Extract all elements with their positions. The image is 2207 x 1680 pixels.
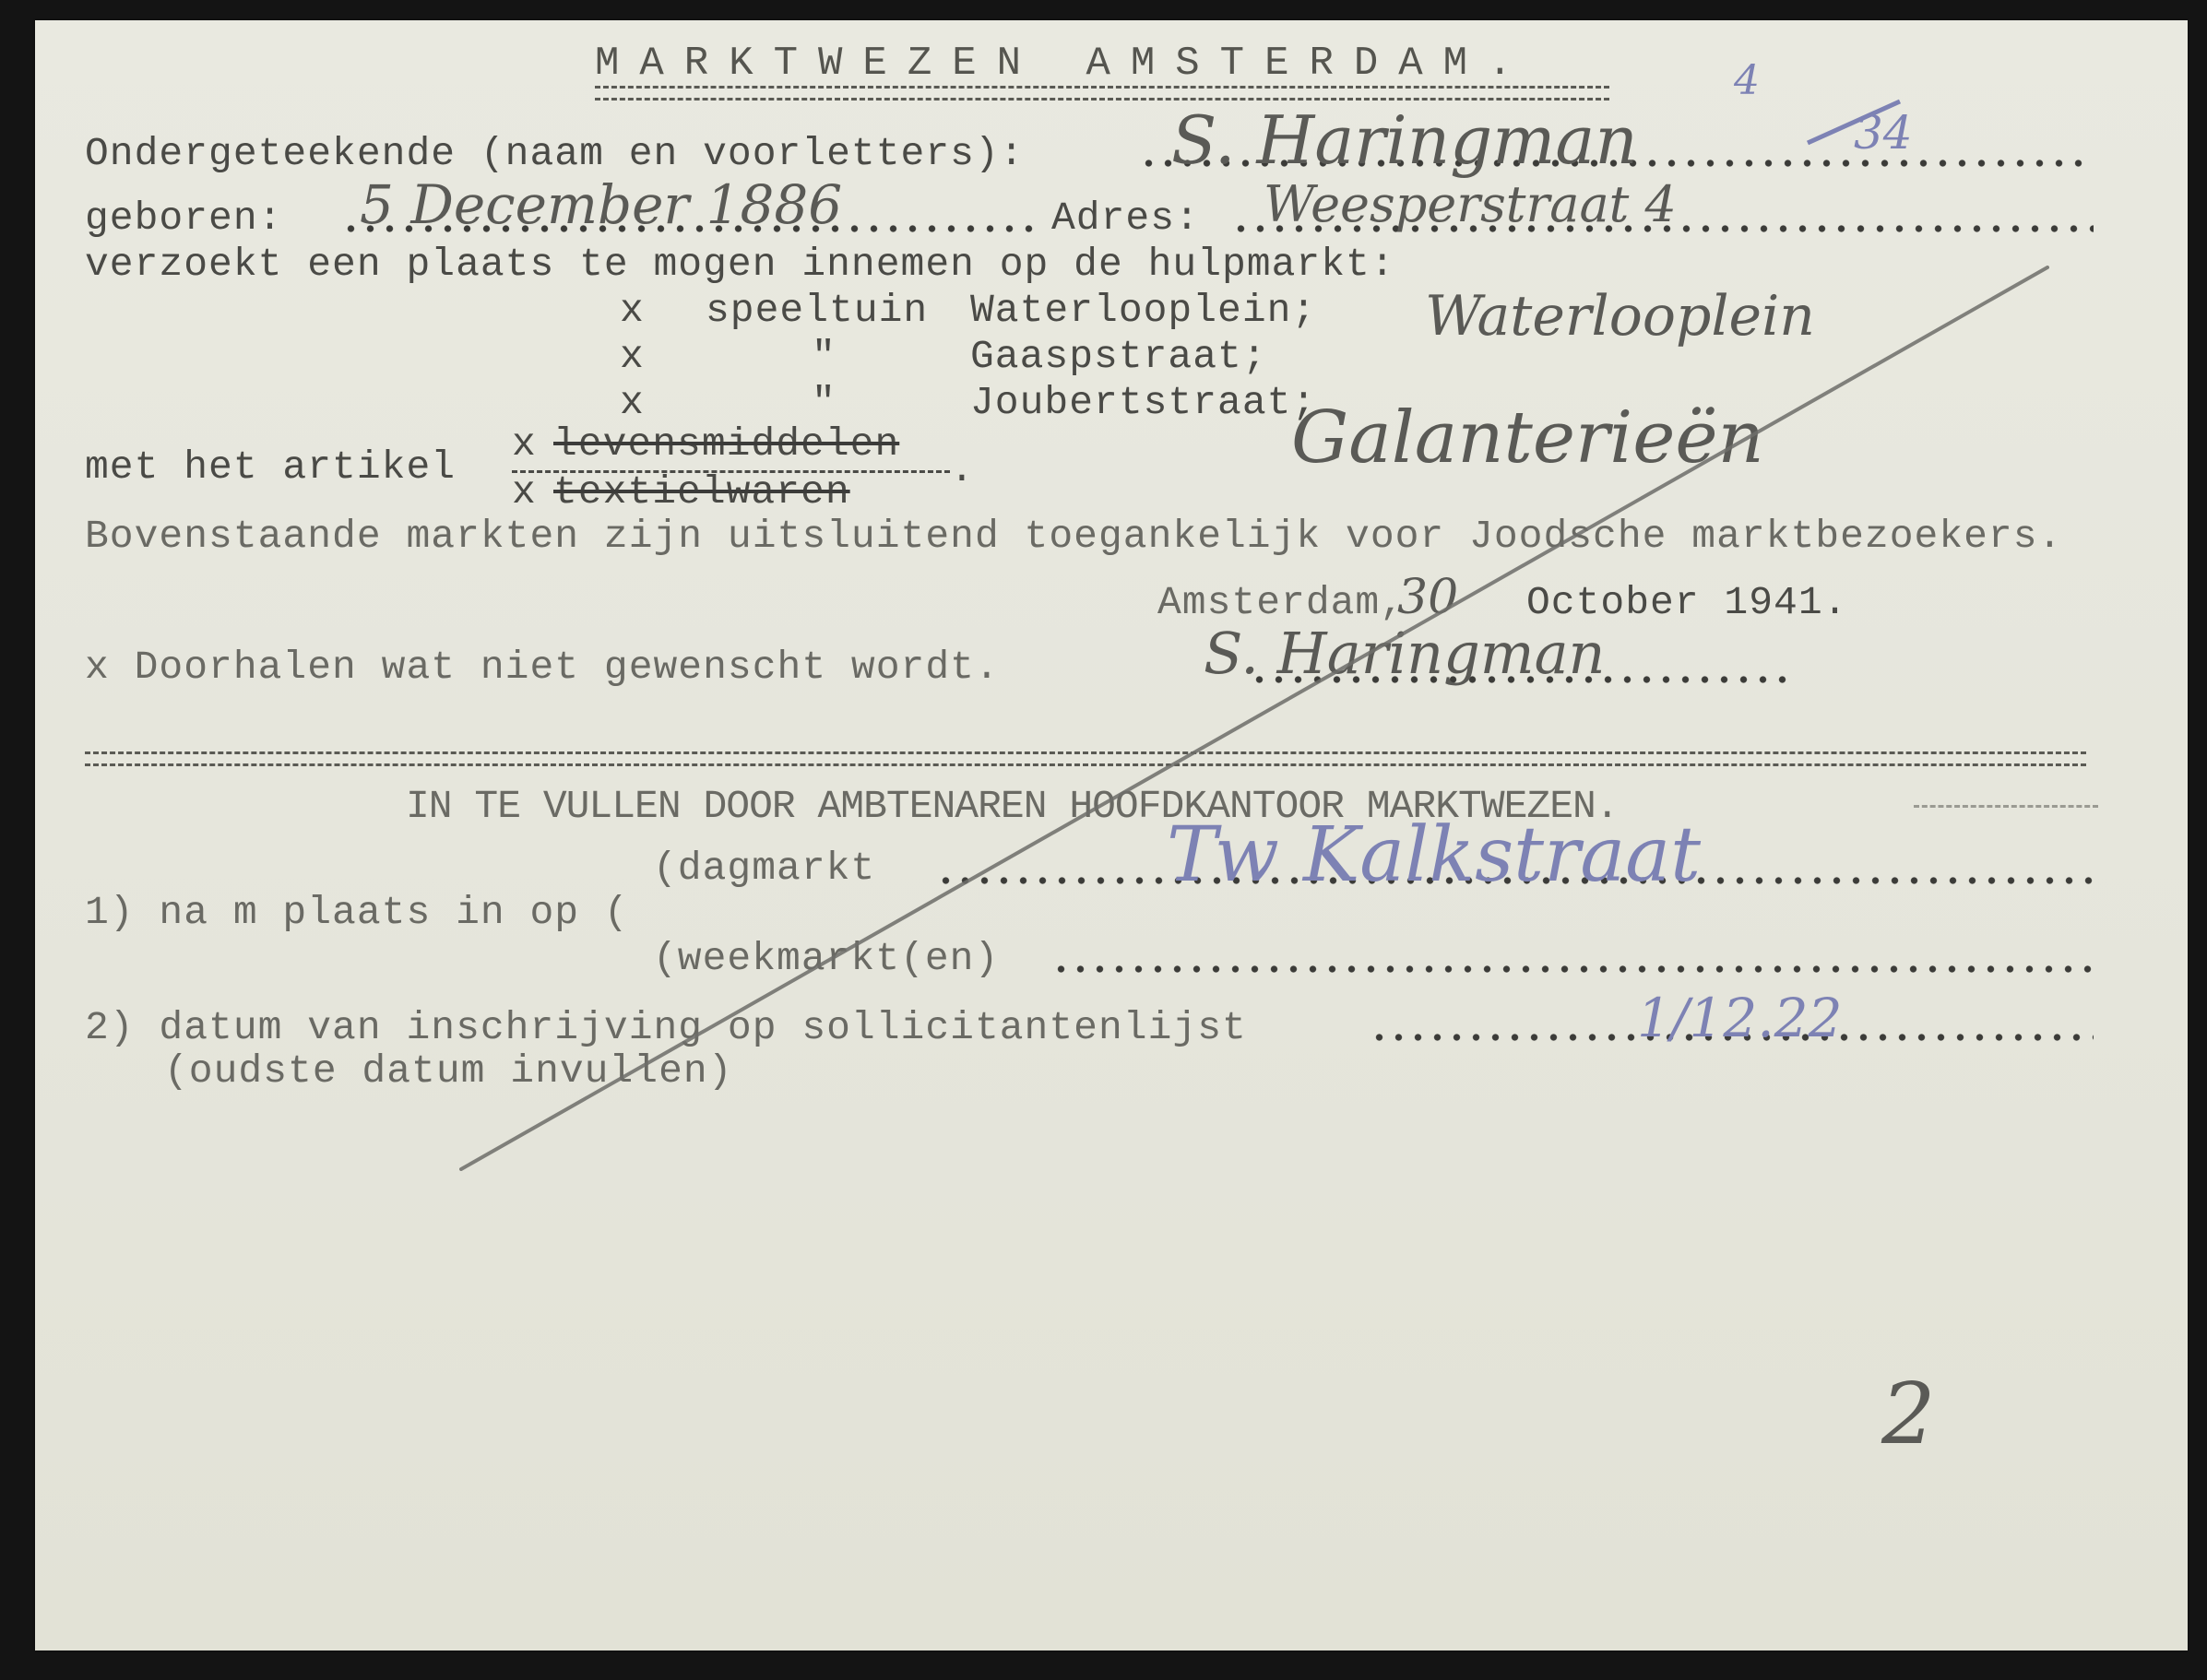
diagonal-cancellation-stroke bbox=[0, 0, 2207, 1680]
